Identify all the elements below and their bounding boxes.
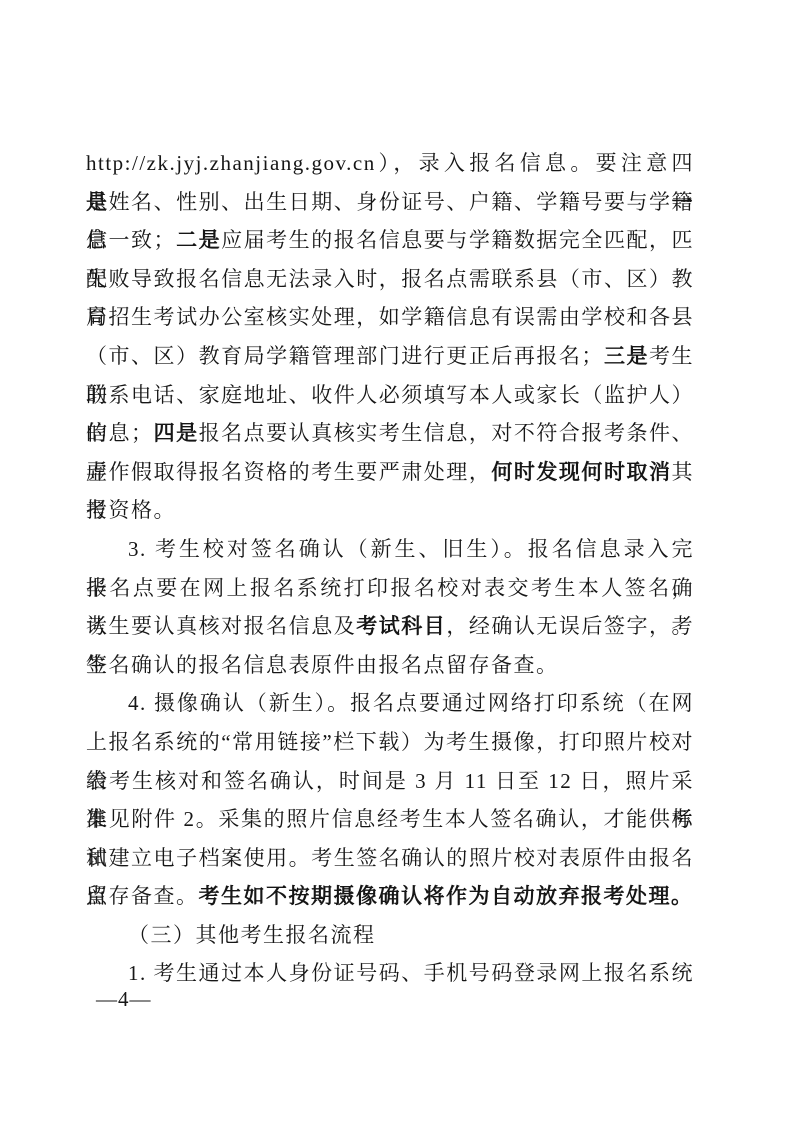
- text-line: （三）其他考生报名流程: [86, 916, 694, 955]
- text-segment: 息一致；: [86, 228, 176, 252]
- text-line: 4. 摄像确认（新生）。报名点要通过网络打印系统（在网: [86, 684, 694, 723]
- text-line: 考生要认真核对报名信息及考试科目，经确认无误后签字，考生: [86, 607, 694, 646]
- text-segment: （市、区）教育局学籍管理部门进行更正后再报名；: [86, 344, 604, 368]
- text-line: 失败导致报名信息无法录入时，报名点需联系县（市、区）教育: [86, 260, 694, 299]
- text-line: 3. 考生校对签名确认（新生、旧生）。报名信息录入完毕，: [86, 530, 694, 569]
- text-line: 签名确认的报名信息表原件由报名点留存备查。: [86, 646, 694, 685]
- bold-text-segment: 四是: [154, 421, 199, 445]
- text-segment: 签名确认的报名信息表原件由报名点留存备查。: [86, 653, 559, 677]
- bold-text-segment: 何时发现何时取消: [491, 460, 671, 484]
- text-segment: 局招生考试办公室核实处理，如学籍信息有误需由学校和各县: [86, 305, 694, 329]
- text-segment: 考生要认真核对报名信息及: [86, 614, 356, 638]
- text-line: 给考生核对和签名确认，时间是 3 月 11 日至 12 日，照片采集标: [86, 762, 694, 801]
- text-segment: 考资格。: [86, 498, 176, 522]
- text-segment: 虚作假取得报名资格的考生要严肃处理，: [86, 460, 491, 484]
- text-line: 是姓名、性别、出生日期、身份证号、户籍、学籍号要与学籍信: [86, 183, 694, 222]
- text-line: （市、区）教育局学籍管理部门进行更正后再报名；三是考生的: [86, 337, 694, 376]
- text-line: 上报名系统的“常用链接”栏下载）为考生摄像，打印照片校对表: [86, 723, 694, 762]
- text-segment: （三）其他考生报名流程: [128, 923, 376, 947]
- bold-text-segment: 考生如不按期摄像确认将作为自动放弃报考处理。: [199, 884, 694, 908]
- text-segment: 1. 考生通过本人身份证号码、手机号码登录网上报名系统: [128, 961, 694, 985]
- text-line: 局招生考试办公室核实处理，如学籍信息有误需由学校和各县: [86, 298, 694, 337]
- text-line: http://zk.jyj.zhanjiang.gov.cn），录入报名信息。要…: [86, 144, 694, 183]
- text-line: 联系电话、家庭地址、收件人必须填写本人或家长（监护人）的: [86, 376, 694, 415]
- text-line: 和建立电子档案使用。考生签名确认的照片校对表原件由报名点: [86, 839, 694, 878]
- text-segment: 4. 摄像确认（新生）。报名点要通过网络打印系统（在网: [128, 691, 694, 715]
- document-page: http://zk.jyj.zhanjiang.gov.cn），录入报名信息。要…: [0, 0, 794, 1123]
- text-line: 考资格。: [86, 491, 694, 530]
- document-body: http://zk.jyj.zhanjiang.gov.cn），录入报名信息。要…: [86, 144, 694, 993]
- text-line: 息一致；二是应届考生的报名信息要与学籍数据完全匹配，匹配: [86, 221, 694, 260]
- text-line: 虚作假取得报名资格的考生要严肃处理，何时发现何时取消其报: [86, 453, 694, 492]
- text-segment: 留存备查。: [86, 884, 199, 908]
- text-line: 报名点要在网上报名系统打印报名校对表交考生本人签名确认。: [86, 569, 694, 608]
- text-segment: 信息；: [86, 421, 154, 445]
- text-line: 准见附件 2。采集的照片信息经考生本人签名确认，才能供考试: [86, 800, 694, 839]
- text-line: 留存备查。考生如不按期摄像确认将作为自动放弃报考处理。: [86, 877, 694, 916]
- bold-text-segment: 是: [86, 190, 109, 214]
- bold-text-segment: 考试科目: [356, 614, 446, 638]
- bold-text-segment: 二是: [176, 228, 221, 252]
- bold-text-segment: 三是: [604, 344, 649, 368]
- text-line: 1. 考生通过本人身份证号码、手机号码登录网上报名系统: [86, 954, 694, 993]
- text-line: 信息；四是报名点要认真核实考生信息，对不符合报考条件、弄: [86, 414, 694, 453]
- footer-page-number: —4—: [96, 984, 152, 1014]
